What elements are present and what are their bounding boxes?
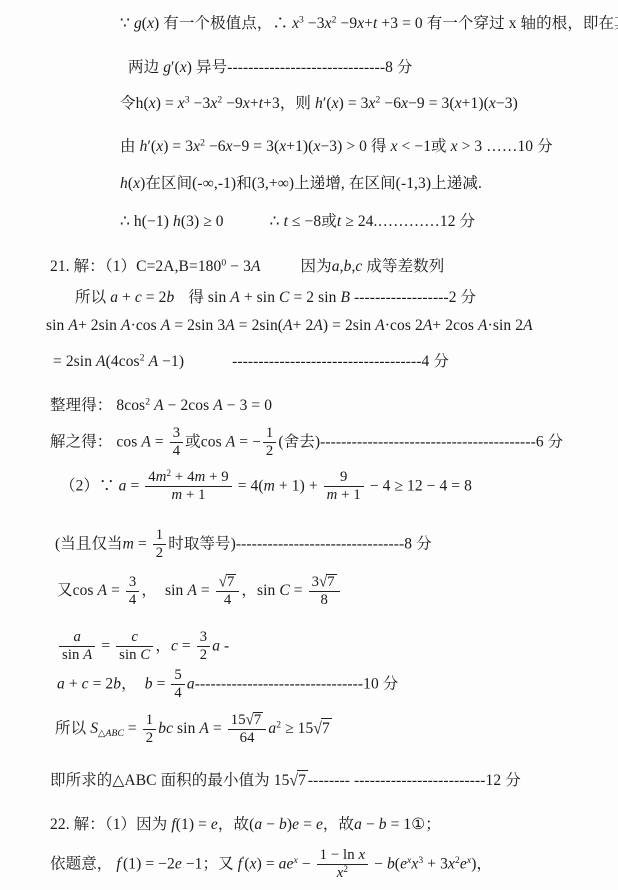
math-line-15: 又cos A = 34，sin A = √74，sin C = 3√78 bbox=[57, 574, 342, 609]
math-line-14: (当且仅当m = 12时取等号)------------------------… bbox=[55, 528, 432, 562]
math-line-13: （2）∵ a = 4m2 + 4m + 9m + 1 = 4(m + 1) + … bbox=[60, 470, 472, 504]
math-line-12: 解之得： cos A = 34或cos A = −12(舍去)---------… bbox=[50, 426, 563, 460]
math-line-9: sin A+ 2sin A·cos A = 2sin 3A = 2sin(A+ … bbox=[46, 316, 533, 335]
document-page: ∵ g(x) 有一个极值点，∴ x3 −3x2 −9x+t +3 = 0 有一个… bbox=[0, 0, 618, 890]
math-line-8: 所以 a + c = 2b得 sin A + sin C = 2 sin B -… bbox=[75, 288, 476, 307]
math-line-21: 依题意， f′(1) = −2e −1；又 f′(x) = aex − 1 − … bbox=[50, 848, 492, 882]
math-line-19: 即所求的△ABC 面积的最小值为 15√7-------- ----------… bbox=[50, 770, 521, 790]
math-line-20: 22. 解：（1）因为 f(1) = e，故(a − b)e = e，故a − … bbox=[50, 815, 441, 834]
math-line-18: 所以 S△ABC = 12bc sin A = 15√764a2 ≥ 15√7 bbox=[55, 712, 332, 747]
math-line-4: 由 h′(x) = 3x2 −6x−9 = 3(x+1)(x−3) > 0 得 … bbox=[120, 137, 553, 156]
math-line-11: 整理得： 8cos2 A − 2cos A − 3 = 0 bbox=[50, 396, 272, 415]
math-line-5: h(x)在区间(-∞,-1)和(3,+∞)上递增, 在区间(-1,3)上递减. bbox=[120, 174, 482, 193]
math-line-17: a + c = 2b，b = 54a----------------------… bbox=[57, 668, 398, 702]
math-line-10: = 2sin A(4cos2 A −1)--------------------… bbox=[53, 352, 449, 371]
math-line-16: asin A = csin C，c = 32a - bbox=[57, 630, 229, 664]
math-line-1: ∵ g(x) 有一个极值点，∴ x3 −3x2 −9x+t +3 = 0 有一个… bbox=[120, 14, 618, 33]
math-line-2: 两边 g′(x) 异号-----------------------------… bbox=[128, 58, 413, 77]
math-line-3: 令h(x) = x3 −3x2 −9x+t+3，则 h′(x) = 3x2 −6… bbox=[120, 94, 518, 113]
math-line-7: 21. 解：（1）C=2A,B=1800 − 3A因为a,b,c 成等差数列 bbox=[50, 257, 444, 276]
math-line-6: ∴ h(−1) h(3) ≥ 0∴ t ≤ −8或t ≥ 24.…………12 分 bbox=[120, 212, 475, 231]
